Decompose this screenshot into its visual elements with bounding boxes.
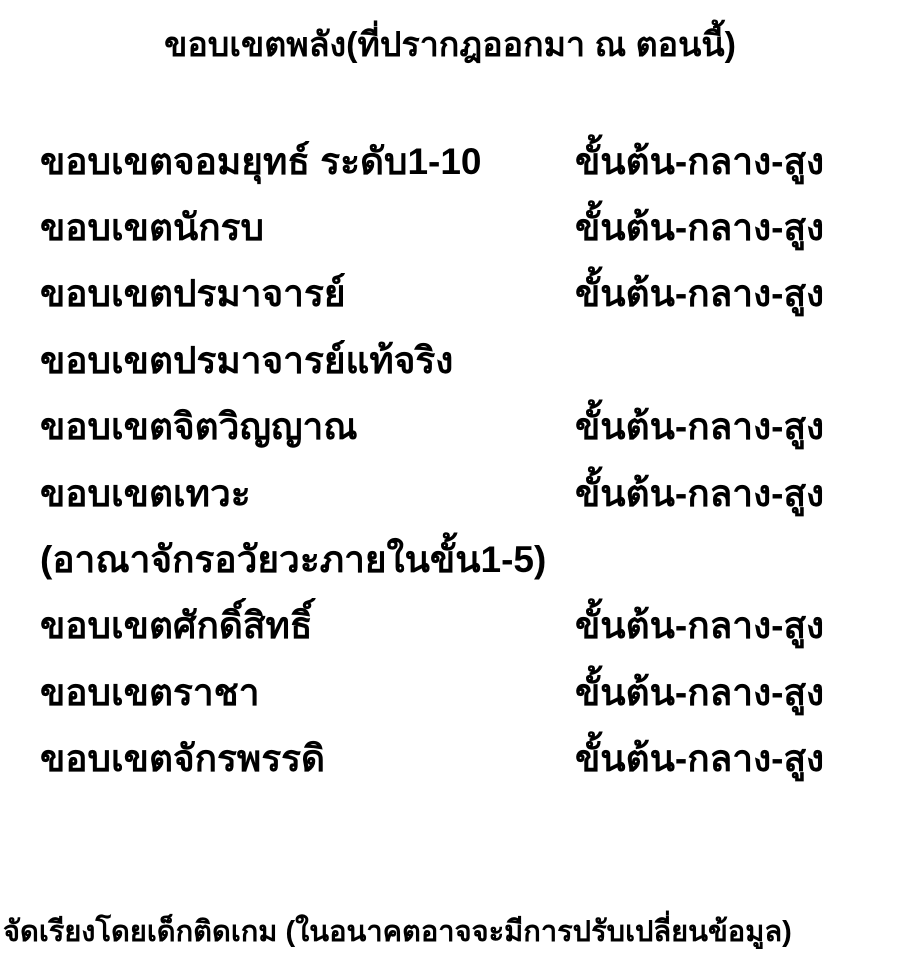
realm-levels-text: ขั้นต้น-กลาง-สูง — [575, 209, 870, 246]
realm-levels-text: ขั้นต้น-กลาง-สูง — [575, 475, 870, 512]
realm-row: ขอบเขตปรมาจารย์ ขั้นต้น-กลาง-สูง — [40, 261, 870, 327]
realm-name-text: ขอบเขตศักดิ์สิทธิ์ — [40, 607, 575, 644]
realm-name-text: ขอบเขตนักรบ — [40, 209, 575, 246]
realm-row: ขอบเขตปรมาจารย์แท้จริง — [40, 327, 870, 393]
realm-name-text: ขอบเขตปรมาจารย์ — [40, 275, 575, 312]
realm-row: ขอบเขตจอมยุทธ์ ระดับ1-10 ขั้นต้น-กลาง-สู… — [40, 128, 870, 194]
realm-row: ขอบเขตจักรพรรดิ ขั้นต้น-กลาง-สูง — [40, 726, 870, 792]
footer-credit-note: จัดเรียงโดยเด็กติดเกม (ในอนาคตอาจจะมีการ… — [3, 914, 792, 952]
realm-row: ขอบเขตราชา ขั้นต้น-กลาง-สูง — [40, 659, 870, 725]
realm-name-text: ขอบเขตจิตวิญญาณ — [40, 408, 575, 445]
realm-levels-text: ขั้นต้น-กลาง-สูง — [575, 674, 870, 711]
realm-name-text: ขอบเขตราชา — [40, 674, 575, 711]
realm-levels-text: ขั้นต้น-กลาง-สูง — [575, 275, 870, 312]
realm-row: ขอบเขตศักดิ์สิทธิ์ ขั้นต้น-กลาง-สูง — [40, 593, 870, 659]
realm-name-text: ขอบเขตจอมยุทธ์ ระดับ1-10 — [40, 143, 575, 180]
realm-name-text: (อาณาจักรอวัยวะภายในขั้น1-5) — [40, 541, 575, 578]
realm-row: (อาณาจักรอวัยวะภายในขั้น1-5) — [40, 526, 870, 592]
realm-levels-text: ขั้นต้น-กลาง-สูง — [575, 408, 870, 445]
realm-name-text: ขอบเขตเทวะ — [40, 475, 575, 512]
realm-list: ขอบเขตจอมยุทธ์ ระดับ1-10 ขั้นต้น-กลาง-สู… — [40, 128, 870, 792]
page-title: ขอบเขตพลัง(ที่ปรากฎออกมา ณ ตอนนี้) — [0, 18, 900, 72]
realm-levels-text: ขั้นต้น-กลาง-สูง — [575, 607, 870, 644]
realm-row: ขอบเขตเทวะ ขั้นต้น-กลาง-สูง — [40, 460, 870, 526]
realm-name-text: ขอบเขตปรมาจารย์แท้จริง — [40, 342, 575, 379]
realm-name-text: ขอบเขตจักรพรรดิ — [40, 740, 575, 777]
realm-levels-text: ขั้นต้น-กลาง-สูง — [575, 740, 870, 777]
realm-levels-text: ขั้นต้น-กลาง-สูง — [575, 143, 870, 180]
realm-row: ขอบเขตนักรบ ขั้นต้น-กลาง-สูง — [40, 194, 870, 260]
realm-row: ขอบเขตจิตวิญญาณ ขั้นต้น-กลาง-สูง — [40, 394, 870, 460]
